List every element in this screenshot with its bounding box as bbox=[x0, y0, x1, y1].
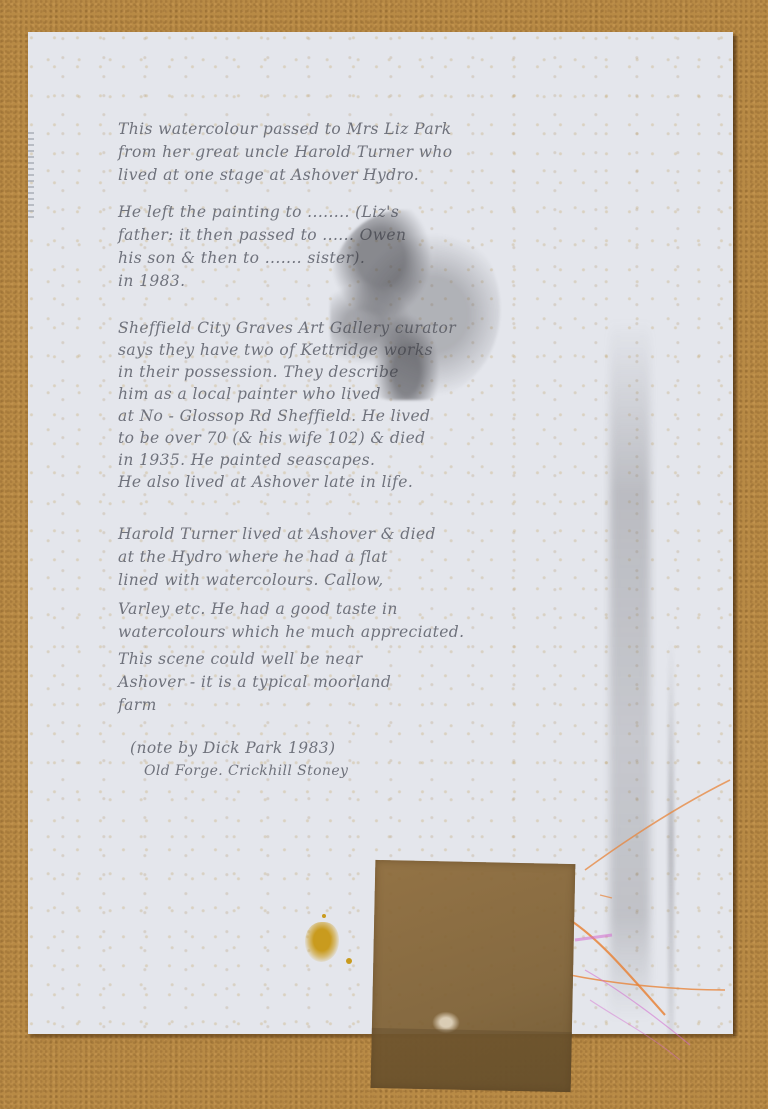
tape-glint bbox=[432, 1011, 460, 1034]
note-line: watercolours which he much appreciated. bbox=[118, 621, 618, 644]
note-line: from her great uncle Harold Turner who bbox=[118, 141, 618, 164]
note-line: lived at one stage at Ashover Hydro. bbox=[118, 164, 618, 187]
note-line: Ashover - it is a typical moorland bbox=[118, 671, 618, 694]
note-line: Varley etc. He had a good taste in bbox=[118, 598, 618, 621]
note-line: at No - Glossop Rd Sheffield. He lived bbox=[118, 405, 618, 427]
adhesive-tape bbox=[371, 860, 576, 1092]
note-line: lined with watercolours. Callow, bbox=[118, 569, 618, 592]
cork-mounting-board: This watercolour passed to Mrs Liz Park … bbox=[0, 0, 768, 1109]
note-line: to be over 70 (& his wife 102) & died bbox=[118, 427, 618, 449]
note-line: (note by Dick Park 1983) bbox=[130, 737, 618, 760]
graphite-line bbox=[668, 640, 674, 1040]
note-line: Harold Turner lived at Ashover & died bbox=[118, 523, 618, 546]
stain-droplet bbox=[346, 958, 352, 964]
note-line: at the Hydro where he had a flat bbox=[118, 546, 618, 569]
paragraph-signature: (note by Dick Park 1983) Old Forge. Cric… bbox=[118, 737, 618, 783]
note-line: Old Forge. Crickhill Stoney bbox=[130, 760, 618, 783]
paragraph-provenance: This watercolour passed to Mrs Liz Park … bbox=[118, 118, 618, 187]
note-line: farm bbox=[118, 694, 618, 717]
note-line: in 1935. He painted seascapes. bbox=[118, 449, 618, 471]
note-line: This watercolour passed to Mrs Liz Park bbox=[118, 118, 618, 141]
torn-edge bbox=[28, 132, 34, 222]
card-shadow bbox=[733, 36, 739, 1036]
stain-droplet bbox=[322, 914, 326, 918]
note-line: He also lived at Ashover late in life. bbox=[118, 471, 618, 493]
note-line: This scene could well be near bbox=[118, 648, 618, 671]
paragraph-harold-turner: Harold Turner lived at Ashover & died at… bbox=[118, 523, 618, 717]
